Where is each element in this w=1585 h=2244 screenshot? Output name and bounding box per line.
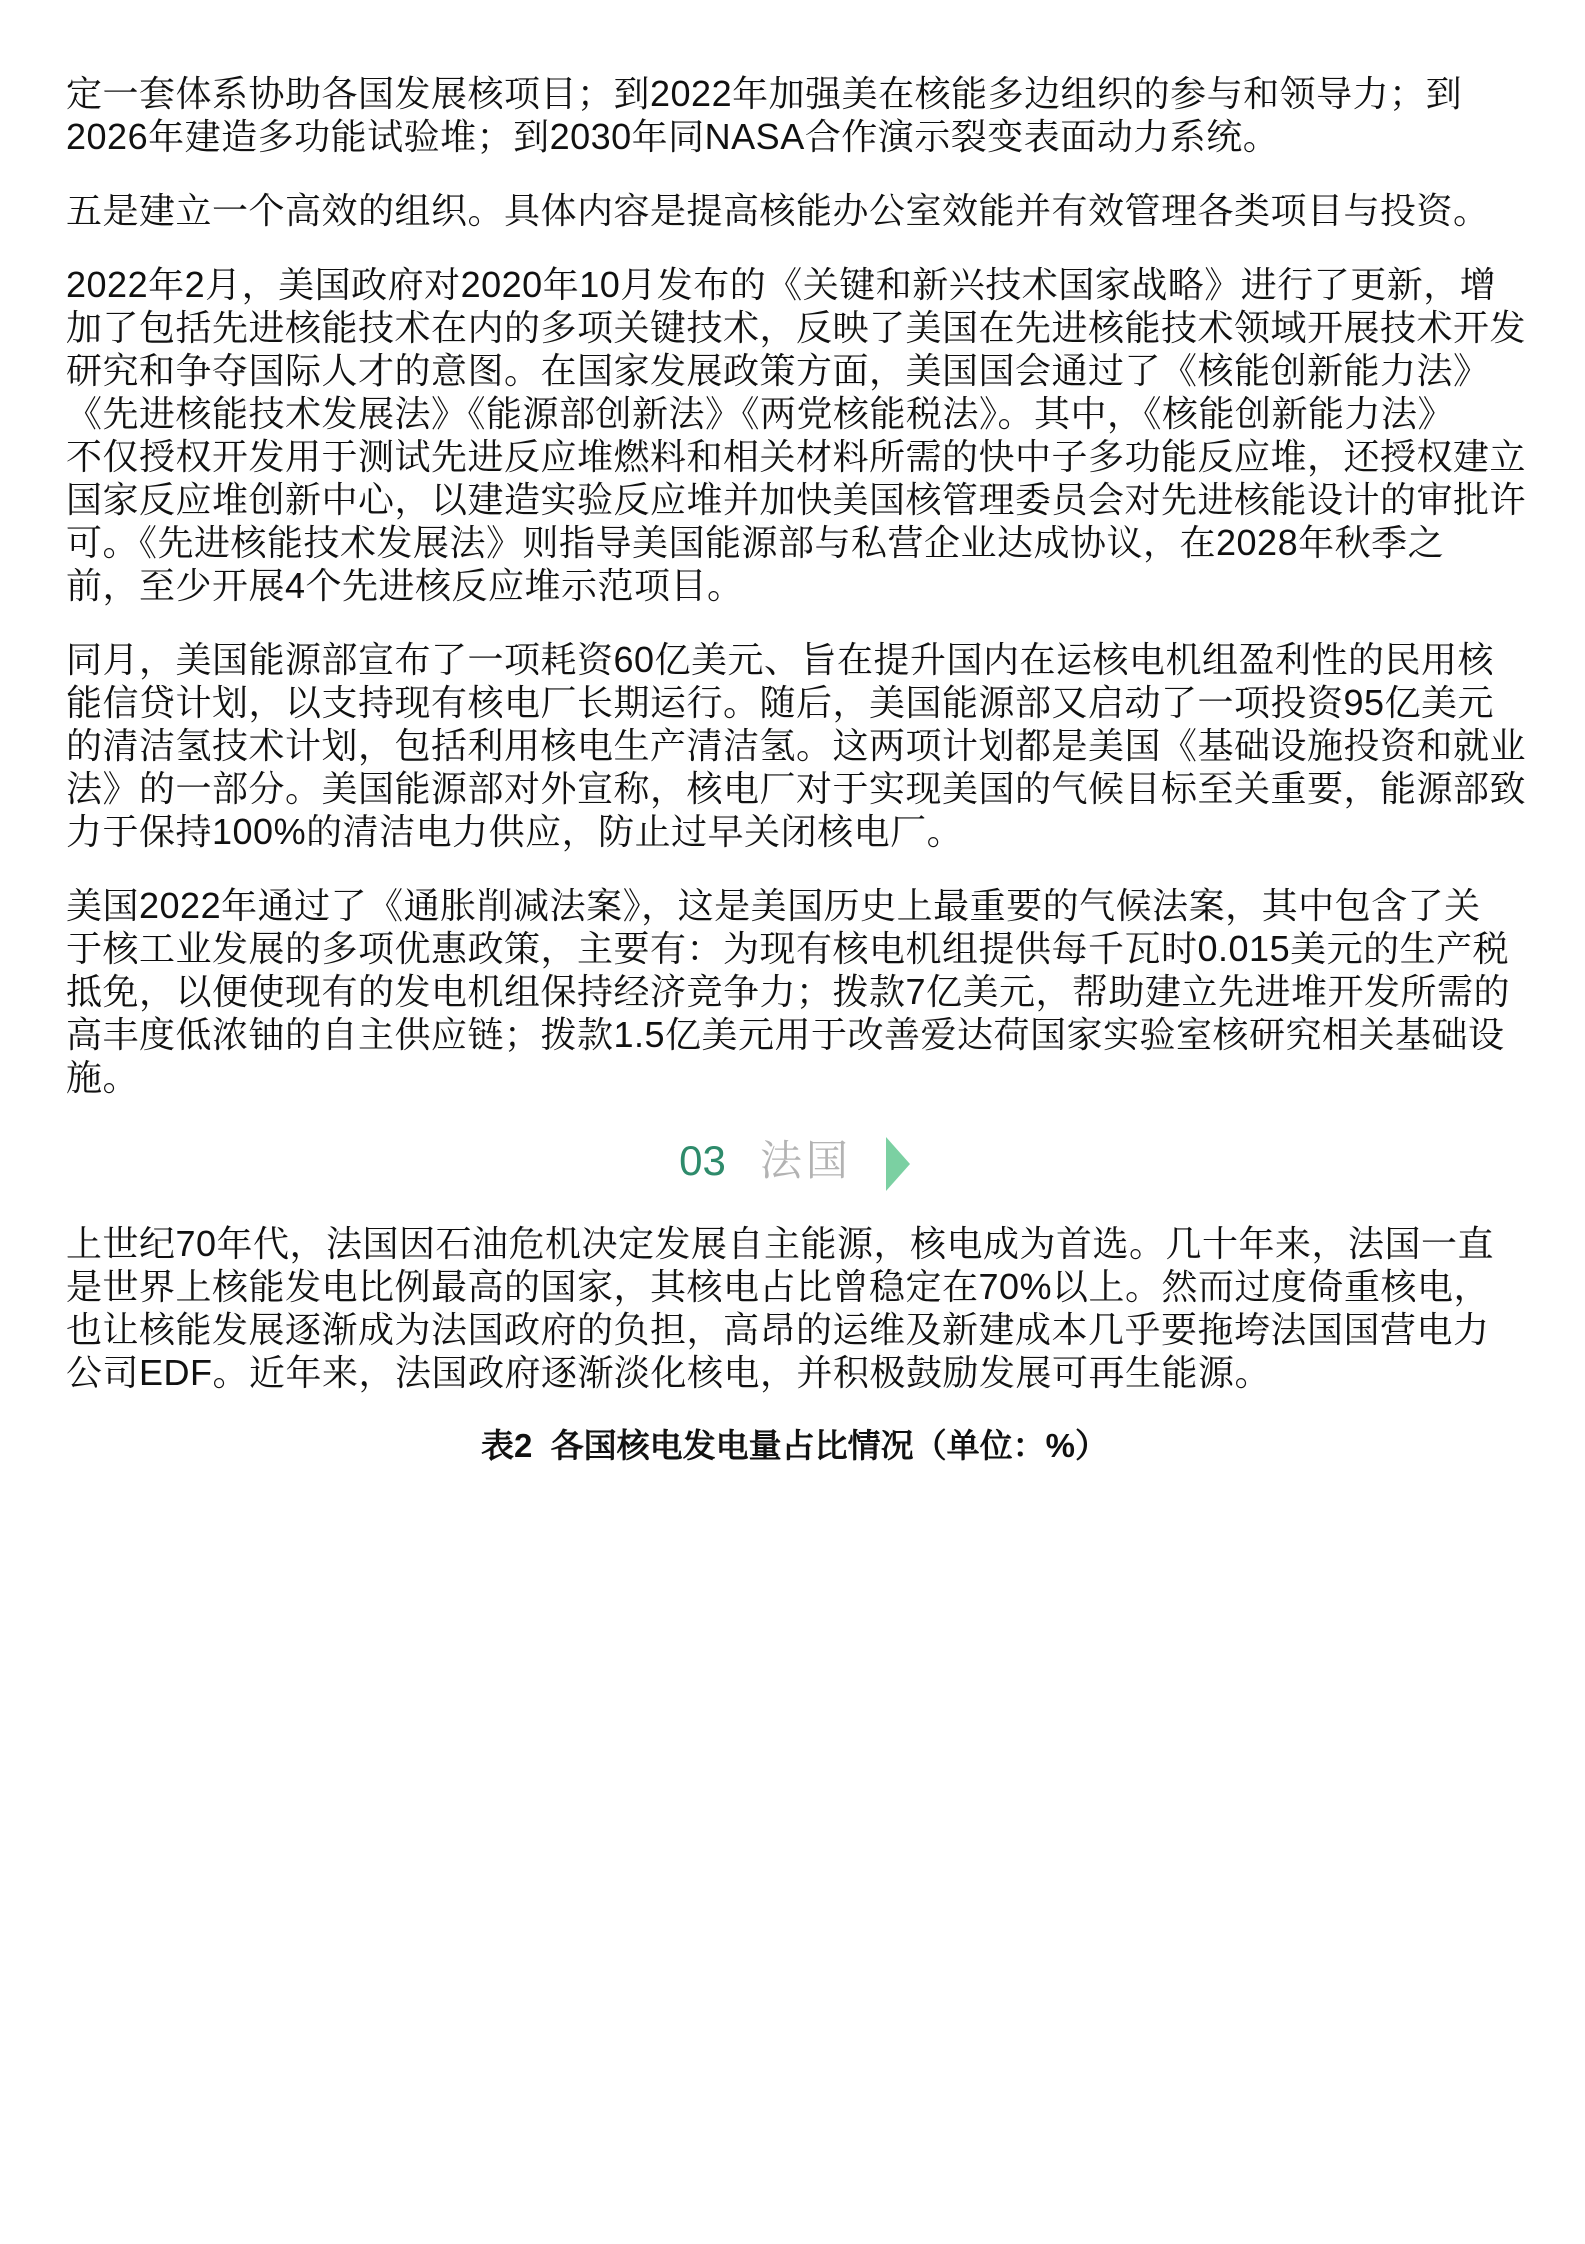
- paragraph-us-organization: 五是建立一个高效的组织。具体内容是提高核能办公室效能并有效管理各类项目与投资。: [66, 189, 1523, 232]
- paragraph-us-inflation-reduction-act: 美国2022年通过了《通胀削减法案》，这是美国历史上最重要的气候法案，其中包含了…: [66, 884, 1523, 1099]
- paragraph-us-doe-programs: 同月，美国能源部宣布了一项耗资60亿美元、旨在提升国内在运核电机组盈利性的民用核…: [66, 638, 1523, 853]
- page-content: 定一套体系协助各国发展核项目；到2022年加强美在核能多边组织的参与和领导力；到…: [66, 72, 1523, 1467]
- table-caption: 表2 各国核电发电量占比情况（单位：%）: [66, 1425, 1523, 1467]
- paragraph-france-overview: 上世纪70年代，法国因石油危机决定发展自主能源，核电成为首选。几十年来，法国一直…: [66, 1222, 1523, 1394]
- document-page: 定一套体系协助各国发展核项目；到2022年加强美在核能多边组织的参与和领导力；到…: [0, 0, 1585, 2244]
- section-header-france: 03 法国: [66, 1130, 1523, 1192]
- paragraph-us-policy-2022: 2022年2月，美国政府对2020年10月发布的《关键和新兴技术国家战略》进行了…: [66, 263, 1523, 607]
- section-title: 法国: [760, 1140, 852, 1182]
- right-triangle-icon: [886, 1137, 910, 1191]
- paragraph-us-goals: 定一套体系协助各国发展核项目；到2022年加强美在核能多边组织的参与和领导力；到…: [66, 72, 1523, 158]
- section-number: 03: [679, 1140, 726, 1182]
